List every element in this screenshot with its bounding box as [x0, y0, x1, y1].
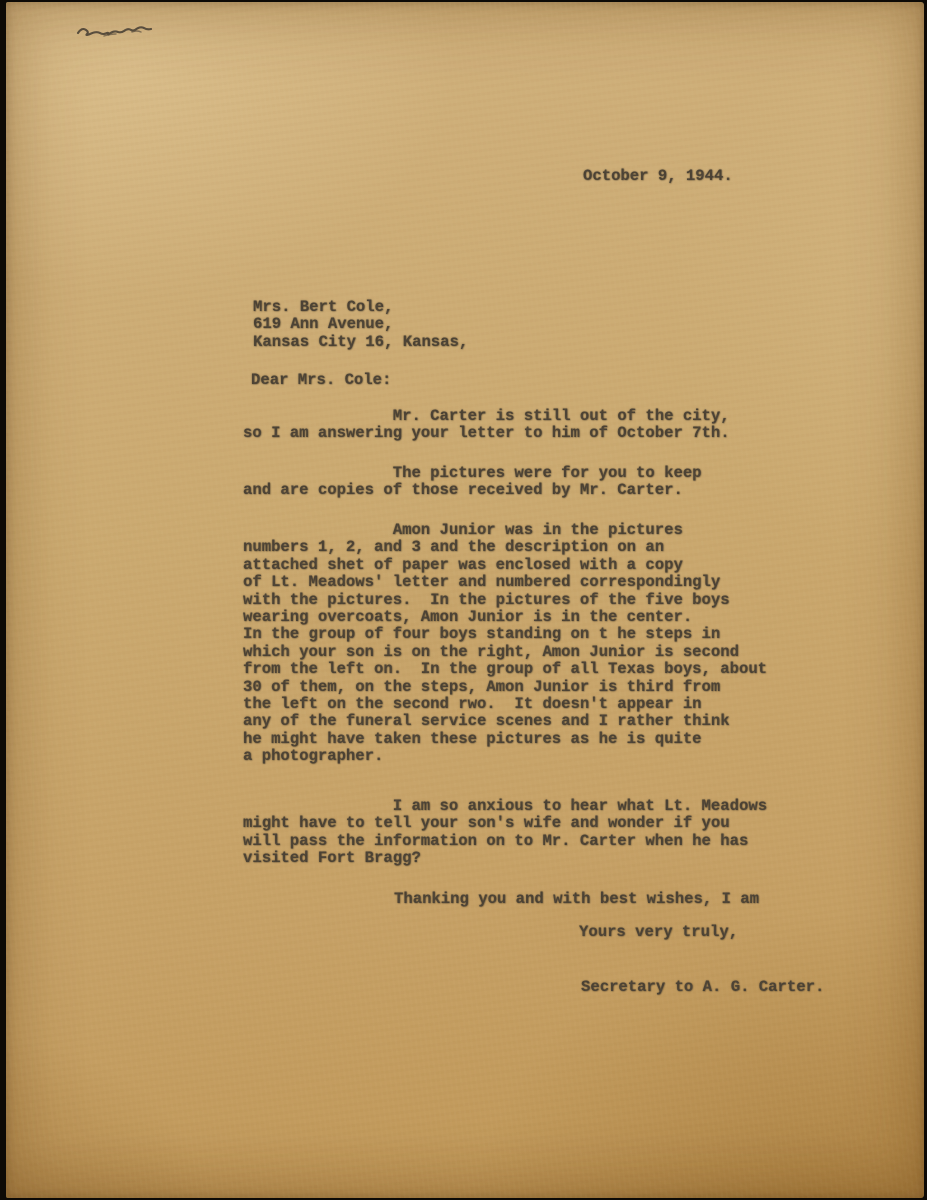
- body-paragraph-3: Amon Junior was in the pictures numbers …: [243, 522, 767, 766]
- valediction: Yours very truly,: [579, 924, 738, 941]
- pencil-scribble-icon: [74, 17, 158, 45]
- letter-page: October 9, 1944. Mrs. Bert Cole, 619 Ann…: [6, 2, 924, 1198]
- body-paragraph-2: The pictures were for you to keep and ar…: [243, 465, 702, 500]
- letter-date: October 9, 1944.: [583, 168, 733, 185]
- body-paragraph-1: Mr. Carter is still out of the city, so …: [243, 408, 730, 443]
- body-paragraph-4: I am so anxious to hear what Lt. Meadows…: [243, 798, 767, 868]
- closing-thanks-line: Thanking you and with best wishes, I am: [394, 891, 759, 908]
- salutation: Dear Mrs. Cole:: [251, 372, 391, 389]
- recipient-address-block: Mrs. Bert Cole, 619 Ann Avenue, Kansas C…: [253, 299, 468, 351]
- signature-line: Secretary to A. G. Carter.: [581, 979, 824, 996]
